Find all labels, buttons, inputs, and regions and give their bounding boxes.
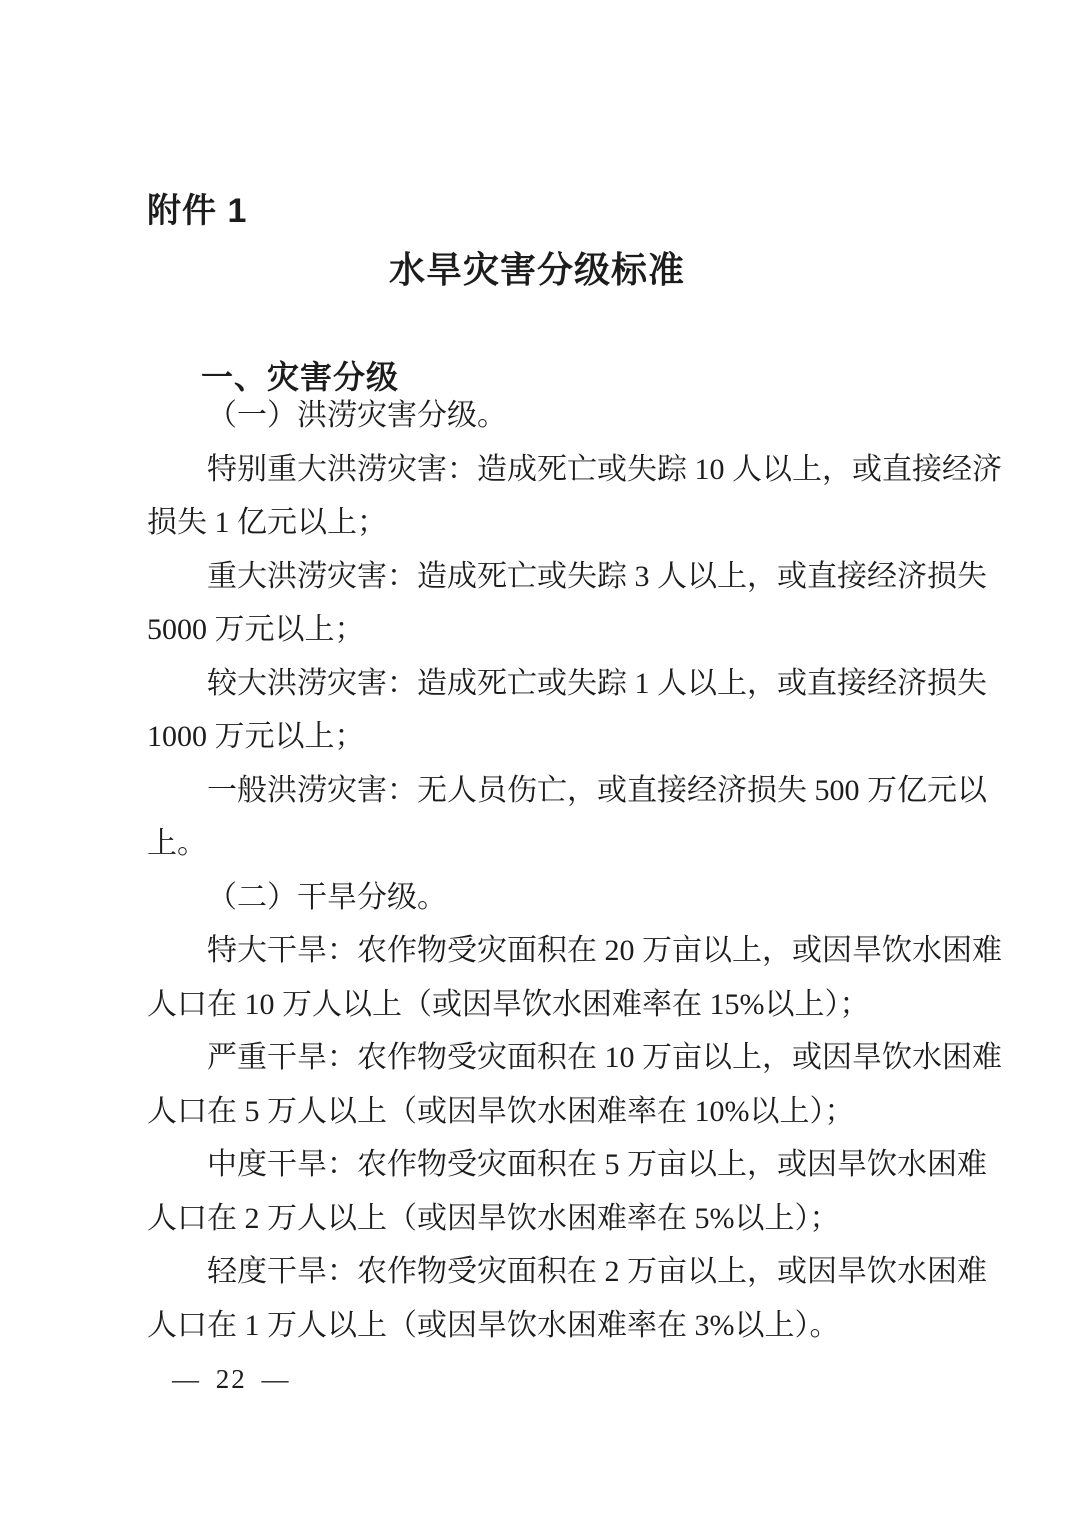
text-line: 5000 万元以上； [147,603,952,657]
text-line: 人口在 10 万人以上（或因旱饮水困难率在 15%以上）； [147,978,952,1032]
text-line: 人口在 2 万人以上（或因旱饮水困难率在 5%以上）； [147,1192,952,1246]
document-page: 附件 1 水旱灾害分级标准 一、灾害分级 （一）洪涝灾害分级。 特别重大洪涝灾害… [0,0,1074,1520]
text-line: 中度干旱：农作物受灾面积在 5 万亩以上，或因旱饮水困难 [147,1138,952,1192]
text-line: 较大洪涝灾害：造成死亡或失踪 1 人以上，或直接经济损失 [147,657,952,711]
text-line: 人口在 5 万人以上（或因旱饮水困难率在 10%以上）； [147,1085,952,1139]
text-line: 重大洪涝灾害：造成死亡或失踪 3 人以上，或直接经济损失 [147,550,952,604]
text-line: 人口在 1 万人以上（或因旱饮水困难率在 3%以上）。 [147,1299,952,1353]
page-number: — 22 — [172,1364,291,1395]
text-line: 1000 万元以上； [147,710,952,764]
document-body: （一）洪涝灾害分级。 特别重大洪涝灾害：造成死亡或失踪 10 人以上，或直接经济… [147,389,952,1352]
text-line: 严重干旱：农作物受灾面积在 10 万亩以上，或因旱饮水困难 [147,1031,952,1085]
attachment-label: 附件 1 [147,191,247,232]
text-line: 特大干旱：农作物受灾面积在 20 万亩以上，或因旱饮水困难 [147,924,952,978]
text-line: （二）干旱分级。 [147,871,952,925]
text-line: 特别重大洪涝灾害：造成死亡或失踪 10 人以上，或直接经济 [147,443,952,497]
page-title: 水旱灾害分级标准 [0,242,1074,293]
text-line: 上。 [147,817,952,871]
text-line: （一）洪涝灾害分级。 [147,389,952,443]
text-line: 一般洪涝灾害：无人员伤亡，或直接经济损失 500 万亿元以 [147,764,952,818]
text-line: 损失 1 亿元以上； [147,496,952,550]
text-line: 轻度干旱：农作物受灾面积在 2 万亩以上，或因旱饮水困难 [147,1245,952,1299]
